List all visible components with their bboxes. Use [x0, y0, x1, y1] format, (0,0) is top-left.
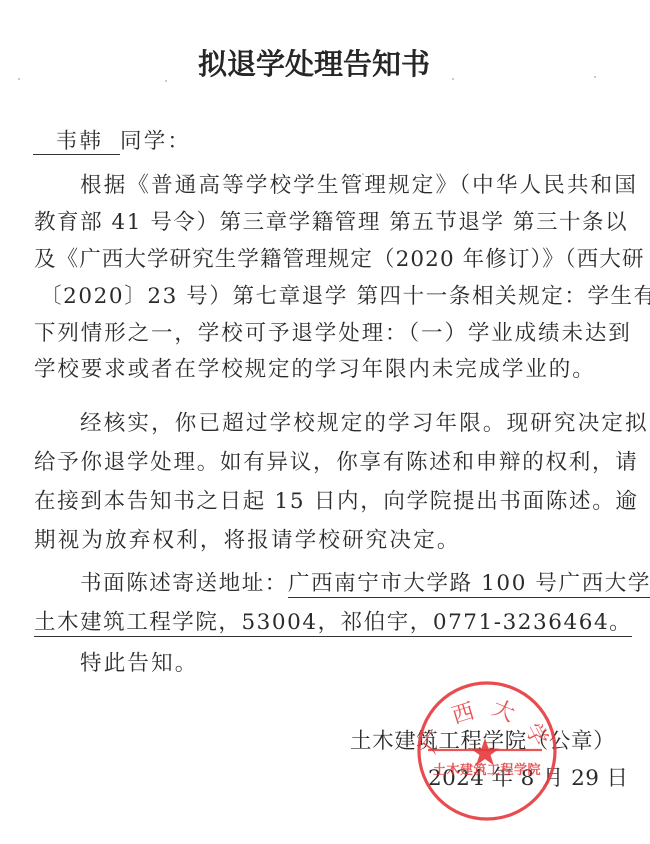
document-title: 拟退学处理告知书 [0, 42, 628, 83]
paragraph1-line: 下列情形之一，学校可予退学处理：（一）学业成绩未达到 [34, 320, 632, 348]
paragraph1-line: 〔2020〕23 号）第七章退学 第四十一条相关规定：学生有 [40, 283, 650, 311]
paragraph1-line: 及《广西大学研究生学籍管理规定（2020 年修订）》（西大研 [34, 246, 645, 274]
issue-date: 2024 年 8 月 29 日 [428, 765, 628, 793]
closing-text: 特此告知。 [80, 650, 199, 678]
scan-speck [165, 80, 167, 82]
salutation-suffix: 同学： [120, 129, 191, 154]
issuer-signature: 土木建筑工程学院（公章） [350, 728, 615, 756]
address-line-2: 土木建筑工程学院，53004，祁伯宇，0771-3236464。 [34, 609, 632, 637]
address-value-2: 土木建筑工程学院，53004，祁伯宇，0771-3236464。 [34, 610, 632, 637]
paragraph2-line: 给予你退学处理。如有异议，你享有陈述和申辩的权利，请 [34, 449, 639, 477]
paragraph1-line: 教育部 41 号令）第三章学籍管理 第五节退学 第三十条以 [34, 209, 628, 237]
address-label: 书面陈述寄送地址： [80, 571, 288, 596]
scan-speck [452, 78, 454, 80]
address-value-1: 广西南宁市大学路 100 号广西大学 [288, 571, 650, 598]
student-name: 韦韩 [33, 130, 120, 155]
scan-speck [18, 78, 20, 80]
salutation: 韦韩同学： [33, 128, 191, 156]
scan-speck [594, 76, 596, 78]
paragraph1-line: 学校要求或者在学校规定的学习年限内未完成学业的。 [34, 356, 596, 384]
paragraph2-line: 经核实，你已超过学校规定的学习年限。现研究决定拟 [80, 410, 649, 438]
paragraph2-line: 期视为放弃权利，将报请学校研究决定。 [34, 527, 461, 555]
notice-page: 拟退学处理告知书 韦韩同学： 根据《普通高等学校学生管理规定》（中华人民共和国 … [0, 0, 650, 844]
scan-speck [362, 173, 364, 175]
paragraph1-line: 根据《普通高等学校学生管理规定》（中华人民共和国 [80, 172, 638, 200]
address-line-1: 书面陈述寄送地址：广西南宁市大学路 100 号广西大学 [80, 570, 650, 598]
paragraph2-line: 在接到本告知书之日起 15 日内，向学院提出书面陈述。逾 [34, 488, 639, 516]
